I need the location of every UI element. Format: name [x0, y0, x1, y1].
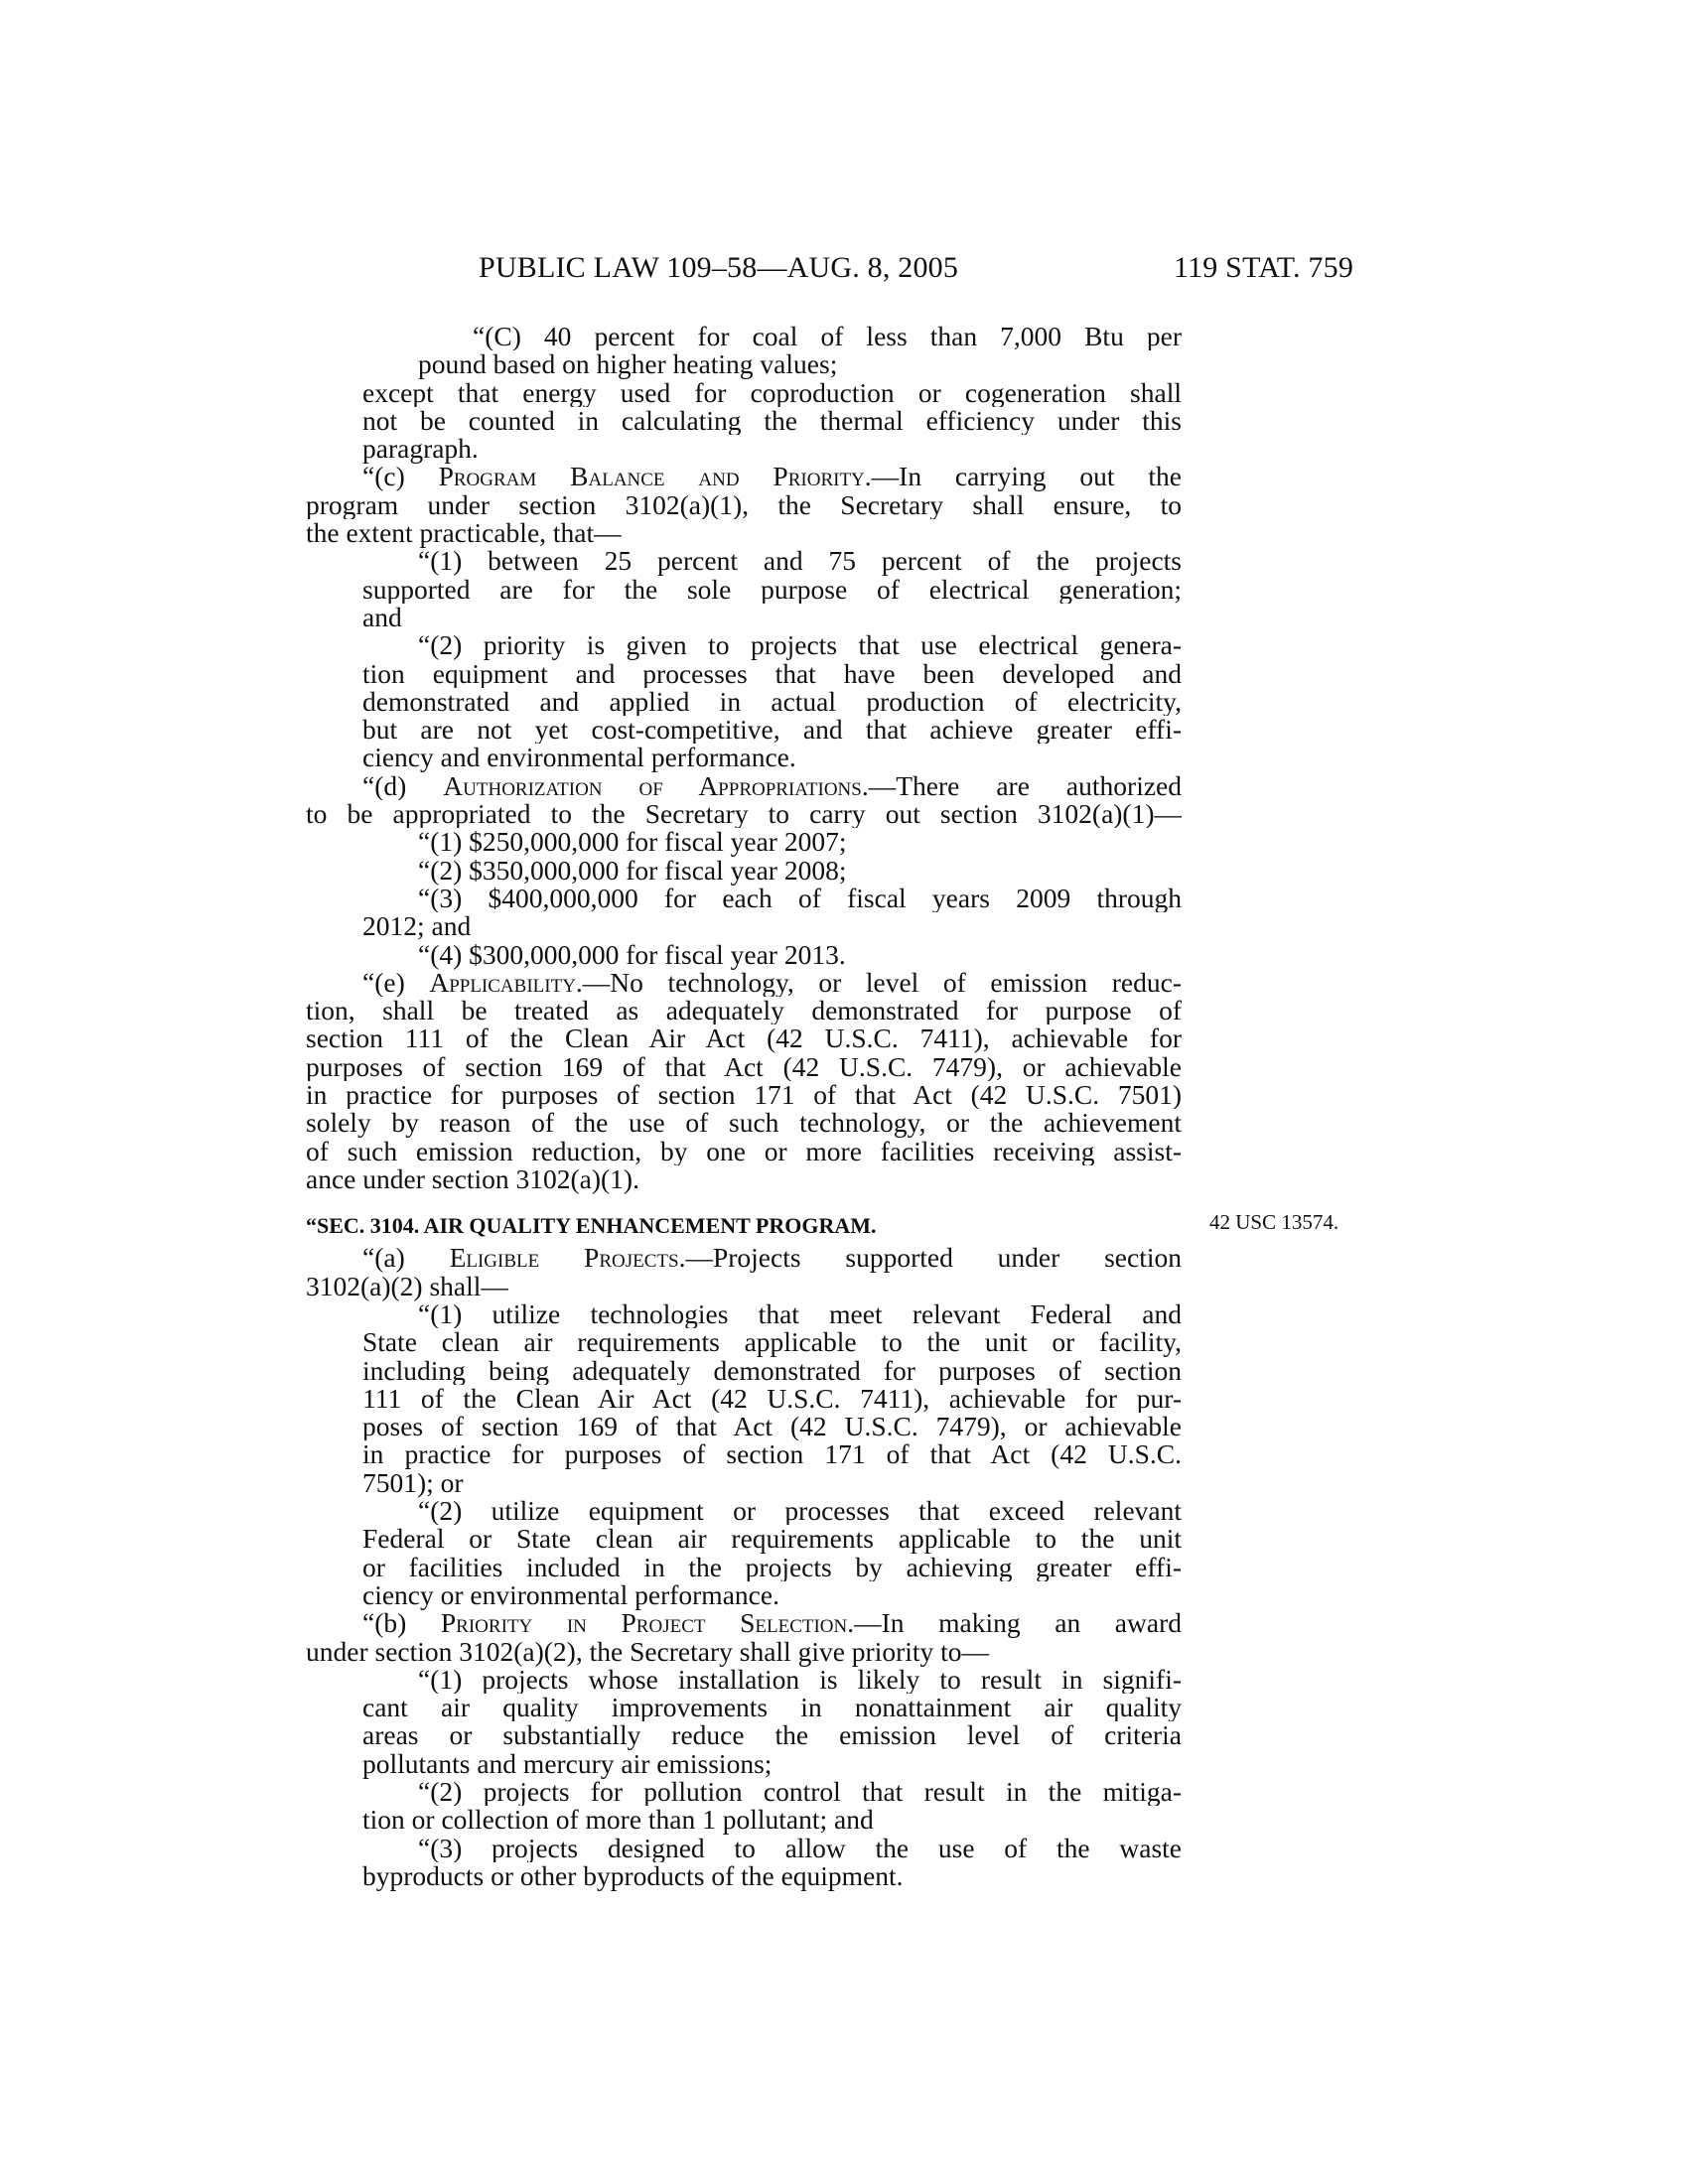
- text-line: “(2) priority is given to projects that …: [418, 631, 1182, 659]
- text-line: ance under section 3102(a)(1).: [306, 1165, 1182, 1193]
- text-line: ciency and environmental performance.: [362, 744, 1182, 771]
- text-line: purposes of section 169 of that Act (42 …: [306, 1053, 1182, 1081]
- text-line: to be appropriated to the Secretary to c…: [306, 800, 1182, 828]
- text-line: section 111 of the Clean Air Act (42 U.S…: [306, 1024, 1182, 1052]
- text-line: “(2) utilize equipment or processes that…: [418, 1497, 1182, 1525]
- text-line: “(2) projects for pollution control that…: [418, 1778, 1182, 1806]
- spacer: [306, 1193, 1182, 1212]
- document-page: PUBLIC LAW 109–58—AUG. 8, 2005 119 STAT.…: [0, 0, 1688, 2184]
- text-line: tion equipment and processes that have b…: [362, 660, 1182, 688]
- text-line: “(4) $300,000,000 for fiscal year 2013.: [418, 941, 1182, 969]
- text-line: tion or collection of more than 1 pollut…: [362, 1806, 1182, 1834]
- running-head-title: PUBLIC LAW 109–58—AUG. 8, 2005: [479, 250, 958, 286]
- text-line: poses of section 169 of that Act (42 U.S…: [362, 1413, 1182, 1440]
- text-line: cant air quality improvements in nonatta…: [362, 1694, 1182, 1721]
- text-line: “(a) Eligible Projects.—Projects support…: [362, 1244, 1182, 1272]
- text-line: State clean air requirements applicable …: [362, 1328, 1182, 1356]
- text-line: including being adequately demonstrated …: [362, 1357, 1182, 1385]
- text-line: byproducts or other byproducts of the eq…: [362, 1862, 1182, 1890]
- text-block-section-3104: “(a) Eligible Projects.—Projects support…: [306, 1244, 1182, 1890]
- document-body: “(C) 40 percent for coal of less than 7,…: [306, 323, 1182, 1890]
- paragraph-designator: “(e): [362, 969, 429, 997]
- text-line: “(d) Authorization of Appropriations.—Th…: [362, 772, 1182, 800]
- text-line: “(3) $400,000,000 for each of fiscal yea…: [418, 885, 1182, 912]
- subsection-heading: Program Balance and Priority.: [439, 463, 872, 490]
- text-line: in practice for purposes of section 171 …: [362, 1440, 1182, 1468]
- text-line: program under section 3102(a)(1), the Se…: [306, 491, 1182, 519]
- text-line: not be counted in calculating the therma…: [362, 407, 1182, 435]
- line-text: —In carrying out the: [872, 463, 1182, 490]
- text-line: areas or substantially reduce the emissi…: [362, 1721, 1182, 1749]
- paragraph-designator: “(b): [362, 1609, 441, 1637]
- margin-note-usc-citation: 42 USC 13574.: [1209, 1210, 1338, 1234]
- text-line: or facilities included in the projects b…: [362, 1554, 1182, 1581]
- text-line: ciency or environmental performance.: [362, 1581, 1182, 1609]
- text-line: under section 3102(a)(2), the Secretary …: [306, 1638, 1182, 1666]
- text-line: “(C) 40 percent for coal of less than 7,…: [473, 323, 1182, 350]
- text-line: but are not yet cost-competitive, and th…: [362, 716, 1182, 744]
- text-line: “(1) projects whose installation is like…: [418, 1666, 1182, 1694]
- text-block-section-3103: “(C) 40 percent for coal of less than 7,…: [306, 323, 1182, 1193]
- text-line: “(1) $250,000,000 for fiscal year 2007;: [418, 828, 1182, 856]
- line-text: —In making an award: [854, 1609, 1182, 1637]
- line-text: —Projects supported under section: [685, 1244, 1182, 1272]
- text-line: and: [362, 604, 1182, 631]
- subsection-heading: Authorization of Appropriations.: [443, 772, 868, 800]
- text-line: “(1) between 25 percent and 75 percent o…: [418, 547, 1182, 575]
- text-line: 3102(a)(2) shall—: [306, 1273, 1182, 1300]
- text-line: “(1) utilize technologies that meet rele…: [418, 1300, 1182, 1328]
- text-line: in practice for purposes of section 171 …: [306, 1081, 1182, 1109]
- text-line: Federal or State clean air requirements …: [362, 1525, 1182, 1553]
- subsection-heading: Applicability.: [429, 969, 582, 997]
- text-line: pound based on higher heating values;: [418, 350, 1182, 378]
- text-line: 7501); or: [362, 1469, 1182, 1497]
- text-line: supported are for the sole purpose of el…: [362, 576, 1182, 604]
- text-line: 2012; and: [362, 912, 1182, 940]
- section-heading: “SEC. 3104. AIR QUALITY ENHANCEMENT PROG…: [306, 1212, 1182, 1240]
- text-line: except that energy used for coproduction…: [362, 379, 1182, 407]
- text-line: 111 of the Clean Air Act (42 U.S.C. 7411…: [362, 1385, 1182, 1413]
- text-line: “(3) projects designed to allow the use …: [418, 1835, 1182, 1862]
- text-line: demonstrated and applied in actual produ…: [362, 688, 1182, 716]
- text-line: “(c) Program Balance and Priority.—In ca…: [362, 463, 1182, 490]
- text-line: pollutants and mercury air emissions;: [362, 1750, 1182, 1778]
- paragraph-designator: “(a): [362, 1244, 450, 1272]
- text-line: solely by reason of the use of such tech…: [306, 1109, 1182, 1137]
- paragraph-designator: “(d): [362, 772, 443, 800]
- text-line: the extent practicable, that—: [306, 519, 1182, 547]
- text-line: paragraph.: [362, 435, 1182, 463]
- line-text: —There are authorized: [869, 772, 1182, 800]
- line-text: —No technology, or level of emission red…: [583, 969, 1182, 997]
- text-line: tion, shall be treated as adequately dem…: [306, 997, 1182, 1024]
- text-line: “(e) Applicability.—No technology, or le…: [362, 969, 1182, 997]
- subsection-heading: Eligible Projects.: [450, 1244, 686, 1272]
- text-line: “(2) $350,000,000 for fiscal year 2008;: [418, 857, 1182, 885]
- subsection-heading: Priority in Project Selection.: [441, 1609, 854, 1637]
- text-line: of such emission reduction, by one or mo…: [306, 1138, 1182, 1165]
- text-line: “(b) Priority in Project Selection.—In m…: [362, 1609, 1182, 1637]
- running-head-page-number: 119 STAT. 759: [1174, 250, 1353, 286]
- paragraph-designator: “(c): [362, 463, 439, 490]
